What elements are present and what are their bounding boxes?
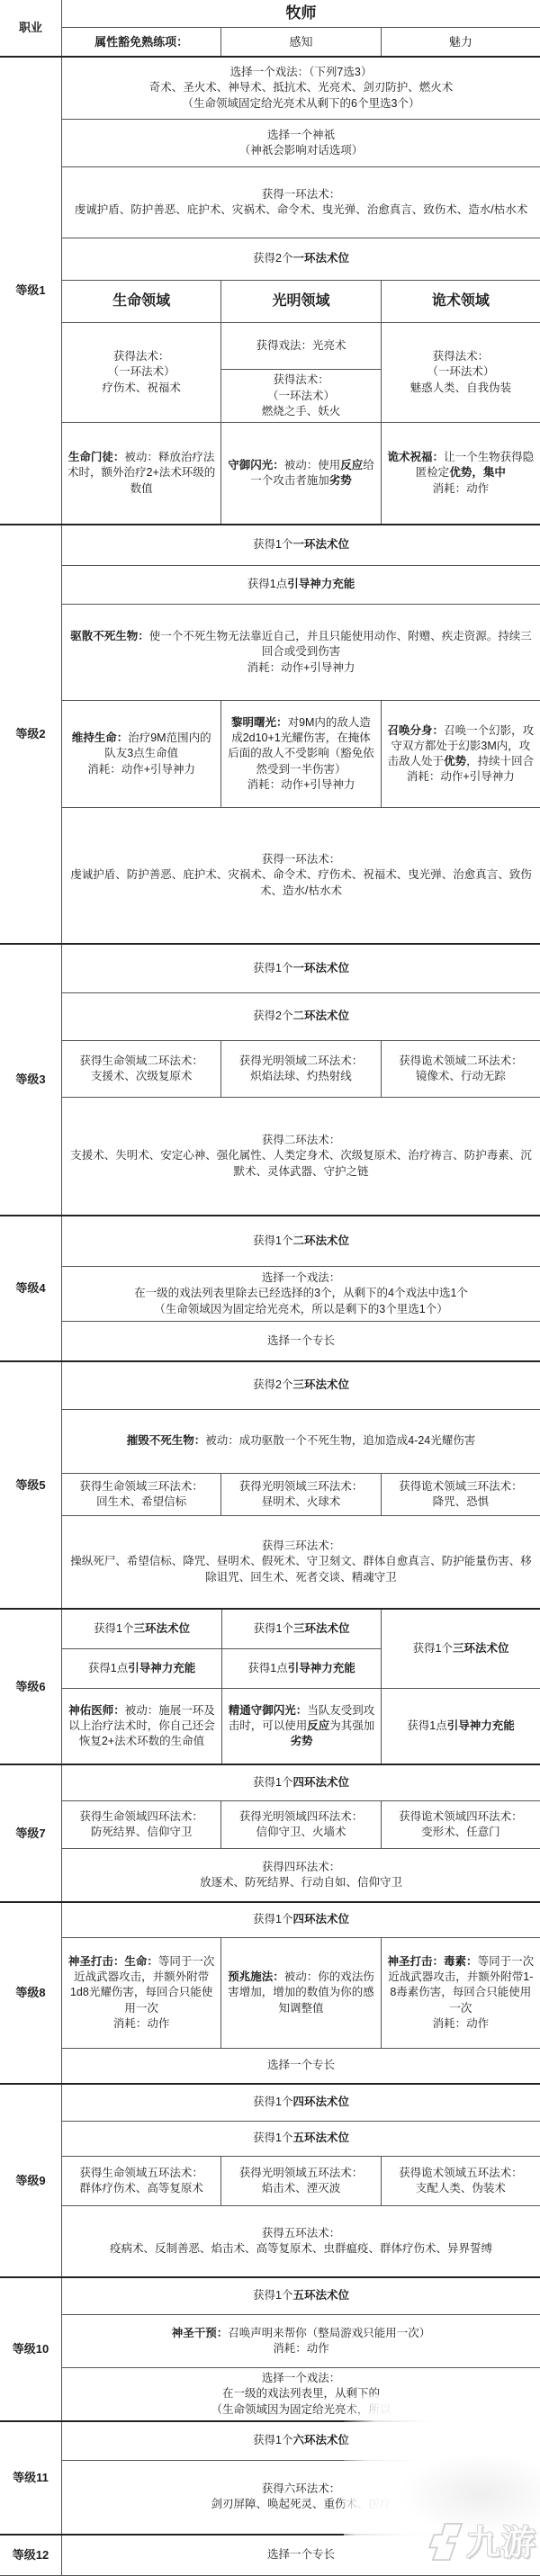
cell-text: 获得生命领域三环法术： 回生术、希望信标: [62, 1476, 220, 1513]
cell-text: 生命领域: [62, 289, 220, 314]
cell-text: 获得1点引导神力充能: [62, 574, 540, 595]
level-block: 等级6获得1个三环法术位获得1个三环法术位获得1个三环法术位获得1点引导神力充能…: [0, 1608, 540, 1764]
table-cell: 精通守御闪光：当队友受到攻击时，可以使用反应为其强加劣势: [221, 1688, 381, 1764]
cell-text: 获得2个一环法术位: [62, 248, 540, 269]
class-name-cell: 牧师: [62, 0, 540, 27]
table-cell: 获得光明领域二环法术： 炽焰法球、灼热射线: [220, 1041, 380, 1097]
table-row: 获得生命领域五环法术： 群体疗伤术、高等复原术获得光明领域五环法术： 焰击术、湮…: [62, 2156, 540, 2205]
level-block: 等级8获得1个四环法术位神圣打击：生命：等同于一次近战武器攻击，并额外附带1d8…: [0, 1901, 540, 2083]
cell-text: 选择一个专长: [62, 2055, 540, 2076]
cell-text: 获得戏法：光亮术: [221, 336, 380, 356]
table-cell: 获得法术： （一环法术） 疗伤术、祝福术: [62, 323, 220, 422]
attr-save-label-cell: 属性豁免熟练项：: [62, 28, 220, 56]
cell-text: 获得一环法术： 虔诚护盾、防护善恶、庇护术、灾祸术、命令术、疗伤术、祝福术、曳光…: [62, 849, 540, 902]
table-cell: 获得1点引导神力充能: [221, 1648, 381, 1688]
table-cell: 获得光明领域三环法术： 昼明术、火球术: [220, 1474, 380, 1515]
level-block: 等级10获得1个五环法术位神圣干预：召唤声明来帮你（整局游戏只能用一次） 消耗：…: [0, 2276, 540, 2420]
cell-text: 获得法术： （一环法术） 魅惑人类、自我伪装: [382, 346, 540, 399]
level-label: 等级12: [0, 2536, 62, 2575]
level-rows: 获得1个六环法术位获得六环法术： 剑刃屏障、唤起死灵、重伤术、医疗: [62, 2422, 540, 2534]
cell-text: 选择一个专长: [62, 2545, 540, 2565]
cell-text: 获得1个三环法术位: [382, 1638, 540, 1659]
cell-text: 获得诡术领域五环法术： 支配人类、伪装术: [382, 2163, 540, 2200]
cell-text: 获得光明领域三环法术： 昼明术、火球术: [221, 1476, 380, 1513]
level-blocks: 等级1选择一个戏法：（下列7选3） 奇术、圣火术、神导术、抵抗术、光亮术、剑刃防…: [0, 56, 540, 2575]
table-row: 获得四环法术： 放逐术、防死结界、行动自如、信仰守卫: [62, 1848, 540, 1901]
table-cell: 获得1点引导神力充能: [62, 1648, 221, 1688]
level-rows: 获得2个三环法术位摧毁不死生物：被动：成功驱散一个不死生物，追加造成4-24光耀…: [62, 1362, 540, 1608]
cell-text: 获得法术： （一环法术） 燃烧之手、妖火: [221, 370, 380, 422]
cell-text: 获得光明领域四环法术： 信仰守卫、火墙术: [221, 1807, 380, 1844]
cell-text: 获得光明领域五环法术： 焰击术、湮灭波: [221, 2163, 380, 2200]
cell-text: 诡术祝福：让一个生物获得隐匿检定优势，集中 消耗：动作: [382, 447, 540, 499]
class-label-cell: 职业: [0, 0, 62, 56]
level-label: 等级6: [0, 1610, 62, 1764]
cell-text: 选择一个戏法：（下列7选3） 奇术、圣火术、神导术、抵抗术、光亮术、剑刃防护、燃…: [62, 62, 540, 114]
level-label: 等级8: [0, 1903, 62, 2083]
table-cell: 获得法术： （一环法术） 魅惑人类、自我伪装: [381, 323, 540, 422]
cell-text: 获得五环法术： 疫病术、反制善恶、焰击术、高等复原术、虫群瘟疫、群体疗伤术、异界…: [62, 2223, 540, 2260]
cell-text: 守御闪光：被动：使用反应给一个攻击者施加劣势: [221, 455, 380, 492]
table-cell: 获得生命领域四环法术： 防死结界、信仰守卫: [62, 1801, 220, 1848]
table-row: 获得一环法术： 虔诚护盾、防护善恶、庇护术、灾祸术、命令术、曳光弹、治愈真言、致…: [62, 166, 540, 238]
table-cell: 预兆施法：被动：你的戏法伤害增加，增加的数值为你的感知调整值: [220, 1938, 380, 2048]
table-subcell: 获得戏法：光亮术: [221, 323, 380, 369]
cell-text: 维持生命：治疗9M范围内的队友3点生命值 消耗：动作+引导神力: [62, 728, 220, 780]
table-cell: 获得诡术领域五环法术： 支配人类、伪装术: [381, 2157, 540, 2205]
table-cell: 获得光明领域五环法术： 焰击术、湮灭波: [220, 2157, 380, 2205]
cell-text: 获得1个四环法术位: [62, 2092, 540, 2113]
class-table: 职业 牧师 属性豁免熟练项： 感知 魅力 等级1选择一个戏法：（下列7选3） 奇…: [0, 0, 540, 2576]
cell-text: 获得1点引导神力充能: [382, 1716, 540, 1737]
table-row: 获得1个一环法术位: [62, 945, 540, 992]
table-row: 获得六环法术： 剑刃屏障、唤起死灵、重伤术、医疗: [62, 2460, 540, 2534]
table-row: 选择一个专长: [62, 2048, 540, 2083]
table-cell: 生命领域: [62, 281, 220, 322]
cell-text: 选择一个专长: [62, 1331, 540, 1351]
attr-save-value1: 感知: [221, 31, 380, 53]
table-row: 选择一个戏法： 在一级的戏法列表里除去已经选择的3个，从剩下的4个戏法中选1个 …: [62, 1266, 540, 1321]
level-rows: 获得1个五环法术位神圣干预：召唤声明来帮你（整局游戏只能用一次） 消耗：动作选择…: [62, 2278, 540, 2420]
table-row: 摧毁不死生物：被动：成功驱散一个不死生物，追加造成4-24光耀伤害: [62, 1409, 540, 1473]
level-label: 等级4: [0, 1216, 62, 1360]
table-cell: 维持生命：治疗9M范围内的队友3点生命值 消耗：动作+引导神力: [62, 701, 220, 807]
cell-text: 光明领域: [221, 289, 380, 314]
cell-text: 获得1个四环法术位: [62, 1773, 540, 1793]
table-row: 生命门徒：被动：释放治疗法术时，额外治疗2+法术环级的数值守御闪光：被动：使用反…: [62, 422, 540, 524]
table-row: 神圣干预：召唤声明来帮你（整局游戏只能用一次） 消耗：动作: [62, 2314, 540, 2367]
table-row: 获得1个六环法术位: [62, 2422, 540, 2460]
table-row: 驱散不死生物：使一个不死生物无法靠近自己，并且只能使用动作、附赠、疾走资源。持续…: [62, 604, 540, 700]
cell-text: 获得1个一环法术位: [62, 534, 540, 555]
table-row: 获得1个三环法术位获得1个三环法术位获得1个三环法术位获得1点引导神力充能获得1…: [62, 1610, 540, 1764]
table-cell: 神佑医师：被动：施展一环及以上治疗法术时，你自己还会恢复2+法术环数的生命值: [62, 1688, 221, 1764]
cell-text: 生命门徒：被动：释放治疗法术时，额外治疗2+法术环级的数值: [62, 447, 220, 499]
attr-save-value1-cell: 感知: [220, 28, 380, 56]
table-cell: 获得诡术领域四环法术： 变形术、任意门: [381, 1801, 540, 1848]
level-rows: 获得1个一环法术位获得1点引导神力充能驱散不死生物：使一个不死生物无法靠近自己，…: [62, 525, 540, 943]
level-label: 等级2: [0, 525, 62, 943]
table-cell: 生命门徒：被动：释放治疗法术时，额外治疗2+法术环级的数值: [62, 423, 220, 524]
table-cell: 黎明曙光：对9M内的敌人造成2d10+1光耀伤害，在掩体后面的敌人不受影响（豁免…: [220, 701, 380, 807]
level-rows: 选择一个戏法：（下列7选3） 奇术、圣火术、神导术、抵抗术、光亮术、剑刃防护、燃…: [62, 58, 540, 524]
table-row: 获得三环法术： 操纵死尸、希望信标、降咒、昼明术、假死术、守卫刻文、群体自愈真言…: [62, 1515, 540, 1608]
table-row: 获得五环法术： 疫病术、反制善恶、焰击术、高等复原术、虫群瘟疫、群体疗伤术、异界…: [62, 2205, 540, 2276]
table-cell: 获得诡术领域三环法术： 降咒、恐惧: [381, 1474, 540, 1515]
level-label: 等级11: [0, 2422, 62, 2534]
cell-text: 获得生命领域二环法术： 支援术、次级复原术: [62, 1051, 220, 1088]
table-cell: 获得生命领域三环法术： 回生术、希望信标: [62, 1474, 220, 1515]
table-row: 获得生命领域四环法术： 防死结界、信仰守卫获得光明领域四环法术： 信仰守卫、火墙…: [62, 1800, 540, 1848]
level-label: 等级1: [0, 58, 62, 524]
cell-text: 获得二环法术： 支援术、失明术、安定心神、强化属性、人类定身术、次级复原术、治疗…: [62, 1130, 540, 1182]
table-cell: 获得1点引导神力充能: [381, 1688, 540, 1764]
table-row: 获得1个二环法术位: [62, 1216, 540, 1266]
cell-text: 获得1个二环法术位: [62, 1231, 540, 1252]
cell-text: 预兆施法：被动：你的戏法伤害增加，增加的数值为你的感知调整值: [221, 1967, 380, 2019]
table-row: 维持生命：治疗9M范围内的队友3点生命值 消耗：动作+引导神力黎明曙光：对9M内…: [62, 700, 540, 807]
table-row: 获得生命领域三环法术： 回生术、希望信标获得光明领域三环法术： 昼明术、火球术获…: [62, 1473, 540, 1515]
level-label: 等级3: [0, 945, 62, 1215]
cell-text: 获得1个六环法术位: [62, 2430, 540, 2451]
table-row: 获得1个四环法术位: [62, 1903, 540, 1937]
level-block: 等级5获得2个三环法术位摧毁不死生物：被动：成功驱散一个不死生物，追加造成4-2…: [0, 1360, 540, 1608]
table-cell: 诡术领域: [381, 281, 540, 322]
table-row: 获得法术： （一环法术） 疗伤术、祝福术获得戏法：光亮术获得法术： （一环法术）…: [62, 322, 540, 422]
table-row: 选择一个专长: [62, 1321, 540, 1360]
cell-text: 获得2个二环法术位: [62, 1006, 540, 1027]
class-name: 牧师: [62, 0, 540, 26]
cell-text: 获得1点引导神力充能: [222, 1658, 381, 1679]
attr-save-label: 属性豁免熟练项：: [62, 31, 220, 53]
level-label: 等级9: [0, 2085, 62, 2276]
cell-text: 摧毁不死生物：被动：成功驱散一个不死生物，追加造成4-24光耀伤害: [62, 1431, 540, 1451]
level-label: 等级5: [0, 1362, 62, 1608]
table-cell: 诡术祝福：让一个生物获得隐匿检定优势，集中 消耗：动作: [381, 423, 540, 524]
cell-text: 获得诡术领域四环法术： 变形术、任意门: [382, 1807, 540, 1844]
cell-text: 获得1个五环法术位: [62, 2128, 540, 2149]
level-label: 等级7: [0, 1765, 62, 1901]
level-block: 等级2获得1个一环法术位获得1点引导神力充能驱散不死生物：使一个不死生物无法靠近…: [0, 524, 540, 943]
cell-text: 获得四环法术： 放逐术、防死结界、行动自如、信仰守卫: [62, 1857, 540, 1894]
level-block: 等级4获得1个二环法术位选择一个戏法： 在一级的戏法列表里除去已经选择的3个，从…: [0, 1215, 540, 1360]
table-row: 获得2个一环法术位: [62, 238, 540, 280]
level-rows: 获得1个一环法术位获得2个二环法术位获得生命领域二环法术： 支援术、次级复原术获…: [62, 945, 540, 1215]
level-block: 等级3获得1个一环法术位获得2个二环法术位获得生命领域二环法术： 支援术、次级复…: [0, 943, 540, 1215]
cell-text: 获得诡术领域三环法术： 降咒、恐惧: [382, 1476, 540, 1513]
table-cell: 获得生命领域五环法术： 群体疗伤术、高等复原术: [62, 2157, 220, 2205]
cell-text: 神圣干预：召唤声明来帮你（整局游戏只能用一次） 消耗：动作: [62, 2323, 540, 2360]
level-rows: 获得1个四环法术位获得1个五环法术位获得生命领域五环法术： 群体疗伤术、高等复原…: [62, 2085, 540, 2276]
table-cell: 神圣打击：毒素：等同于一次近战武器攻击，并额外附带1-8毒素伤害，每回合只能使用…: [381, 1938, 540, 2048]
cell-text: 精通守御闪光：当队友受到攻击时，可以使用反应为其强加劣势: [222, 1701, 381, 1753]
cell-text: 获得一环法术： 虔诚护盾、防护善恶、庇护术、灾祸术、命令术、曳光弹、治愈真言、致…: [62, 184, 540, 221]
cell-text: 神圣打击：生命：等同于一次近战武器攻击，并额外附带1d8光耀伤害，每回合只能使用…: [62, 1952, 220, 2034]
cell-text: 获得法术： （一环法术） 疗伤术、祝福术: [62, 346, 220, 399]
cell-text: 获得2个三环法术位: [62, 1375, 540, 1396]
table-row: 选择一个戏法：（下列7选3） 奇术、圣火术、神导术、抵抗术、光亮术、剑刃防护、燃…: [62, 58, 540, 119]
cell-text: 获得生命领域五环法术： 群体疗伤术、高等复原术: [62, 2163, 220, 2200]
cell-text: 召唤分身：召唤一个幻影，攻守双方都处于幻影3M内，攻击敌人处于优势，持续十回合 …: [382, 721, 540, 788]
cell-text: 神圣打击：毒素：等同于一次近战武器攻击，并额外附带1-8毒素伤害，每回合只能使用…: [382, 1952, 540, 2034]
level-rows: 获得1个四环法术位获得生命领域四环法术： 防死结界、信仰守卫获得光明领域四环法术…: [62, 1765, 540, 1901]
table-row: 获得生命领域二环法术： 支援术、次级复原术获得光明领域二环法术： 炽焰法球、灼热…: [62, 1040, 540, 1097]
table-row: 获得一环法术： 虔诚护盾、防护善恶、庇护术、灾祸术、命令术、疗伤术、祝福术、曳光…: [62, 807, 540, 943]
attr-save-value2-cell: 魅力: [381, 28, 540, 56]
cell-text: 驱散不死生物：使一个不死生物无法靠近自己，并且只能使用动作、附赠、疾走资源。持续…: [62, 626, 540, 678]
cell-text: 获得三环法术： 操纵死尸、希望信标、降咒、昼明术、假死术、守卫刻文、群体自愈真言…: [62, 1536, 540, 1588]
table-row: 神圣打击：生命：等同于一次近战武器攻击，并额外附带1d8光耀伤害，每回合只能使用…: [62, 1937, 540, 2048]
cell-text: 获得1个三环法术位: [222, 1619, 381, 1639]
table-row: 获得1点引导神力充能: [62, 565, 540, 604]
table-row: 获得2个二环法术位: [62, 992, 540, 1040]
cell-text: 获得1点引导神力充能: [62, 1658, 221, 1679]
cell-text: 获得生命领域四环法术： 防死结界、信仰守卫: [62, 1807, 220, 1844]
level-label: 等级10: [0, 2278, 62, 2420]
table-row: 选择一个神祇 （神祇会影响对话选项）: [62, 119, 540, 166]
table-row: 获得1个五环法术位: [62, 2121, 540, 2156]
table-row: 选择一个戏法： 在一级的戏法列表里，从剩下的 （生命领域因为固定给光亮术，所以: [62, 2367, 540, 2420]
level-block: 等级12选择一个专长: [0, 2534, 540, 2575]
cell-text: 选择一个神祇 （神祇会影响对话选项）: [62, 125, 540, 162]
level-block: 等级1选择一个戏法：（下列7选3） 奇术、圣火术、神导术、抵抗术、光亮术、剑刃防…: [0, 56, 540, 524]
level-block: 等级9获得1个四环法术位获得1个五环法术位获得生命领域五环法术： 群体疗伤术、高…: [0, 2083, 540, 2276]
table-cell: 获得诡术领域二环法术： 镜像术、行动无踪: [381, 1041, 540, 1097]
table-cell: 获得1个三环法术位: [221, 1610, 381, 1648]
table-cell: 获得1个三环法术位: [381, 1610, 540, 1688]
cell-text: 获得诡术领域二环法术： 镜像术、行动无踪: [382, 1051, 540, 1088]
table-header: 职业 牧师 属性豁免熟练项： 感知 魅力: [0, 0, 540, 56]
level-rows: 获得1个二环法术位选择一个戏法： 在一级的戏法列表里除去已经选择的3个，从剩下的…: [62, 1216, 540, 1360]
level-rows: 选择一个专长: [62, 2536, 540, 2575]
table-row: 获得二环法术： 支援术、失明术、安定心神、强化属性、人类定身术、次级复原术、治疗…: [62, 1097, 540, 1215]
cell-text: 获得1个五环法术位: [62, 2285, 540, 2306]
cell-text: 选择一个戏法： 在一级的戏法列表里除去已经选择的3个，从剩下的4个戏法中选1个 …: [62, 1268, 540, 1320]
cell-text: 获得光明领域二环法术： 炽焰法球、灼热射线: [221, 1051, 380, 1088]
cell-text: 神佑医师：被动：施展一环及以上治疗法术时，你自己还会恢复2+法术环数的生命值: [62, 1701, 221, 1753]
level-block: 等级11获得1个六环法术位获得六环法术： 剑刃屏障、唤起死灵、重伤术、医疗: [0, 2420, 540, 2534]
table-row: 获得2个三环法术位: [62, 1362, 540, 1409]
table-cell: 守御闪光：被动：使用反应给一个攻击者施加劣势: [220, 423, 380, 524]
attr-save-value2: 魅力: [382, 31, 540, 53]
table-row: 获得1个五环法术位: [62, 2278, 540, 2314]
table-row: 获得1个一环法术位: [62, 525, 540, 565]
table-cell: 获得1个三环法术位: [62, 1610, 221, 1648]
table-row: 获得1个四环法术位: [62, 1765, 540, 1800]
table-row: 选择一个专长: [62, 2536, 540, 2575]
table-cell: 光明领域: [220, 281, 380, 322]
level-rows: 获得1个四环法术位神圣打击：生命：等同于一次近战武器攻击，并额外附带1d8光耀伤…: [62, 1903, 540, 2083]
cell-text: 获得1个三环法术位: [62, 1619, 221, 1639]
cell-text: 获得1个四环法术位: [62, 1909, 540, 1930]
cell-text: 黎明曙光：对9M内的敌人造成2d10+1光耀伤害，在掩体后面的敌人不受影响（豁免…: [221, 713, 380, 795]
level-block: 等级7获得1个四环法术位获得生命领域四环法术： 防死结界、信仰守卫获得光明领域四…: [0, 1764, 540, 1901]
cell-text: 选择一个戏法： 在一级的戏法列表里，从剩下的 （生命领域因为固定给光亮术，所以: [62, 2368, 540, 2420]
attr-save-row: 属性豁免熟练项： 感知 魅力: [62, 27, 540, 56]
level-rows: 获得1个三环法术位获得1个三环法术位获得1个三环法术位获得1点引导神力充能获得1…: [62, 1610, 540, 1764]
cell-text: 诡术领域: [382, 289, 540, 314]
table-cell: 获得戏法：光亮术获得法术： （一环法术） 燃烧之手、妖火: [220, 323, 380, 422]
domain-header-row: 生命领域光明领域诡术领域: [62, 280, 540, 322]
cell-text: 获得六环法术： 剑刃屏障、唤起死灵、重伤术、医疗: [62, 2479, 540, 2516]
table-cell: 召唤分身：召唤一个幻影，攻守双方都处于幻影3M内，攻击敌人处于优势，持续十回合 …: [381, 701, 540, 807]
table-subcell: 获得法术： （一环法术） 燃烧之手、妖火: [221, 369, 380, 422]
table-cell: 获得生命领域二环法术： 支援术、次级复原术: [62, 1041, 220, 1097]
table-cell: 神圣打击：生命：等同于一次近战武器攻击，并额外附带1d8光耀伤害，每回合只能使用…: [62, 1938, 220, 2048]
table-cell: 获得光明领域四环法术： 信仰守卫、火墙术: [220, 1801, 380, 1848]
table-row: 获得1个四环法术位: [62, 2085, 540, 2121]
cell-text: 获得1个一环法术位: [62, 958, 540, 979]
